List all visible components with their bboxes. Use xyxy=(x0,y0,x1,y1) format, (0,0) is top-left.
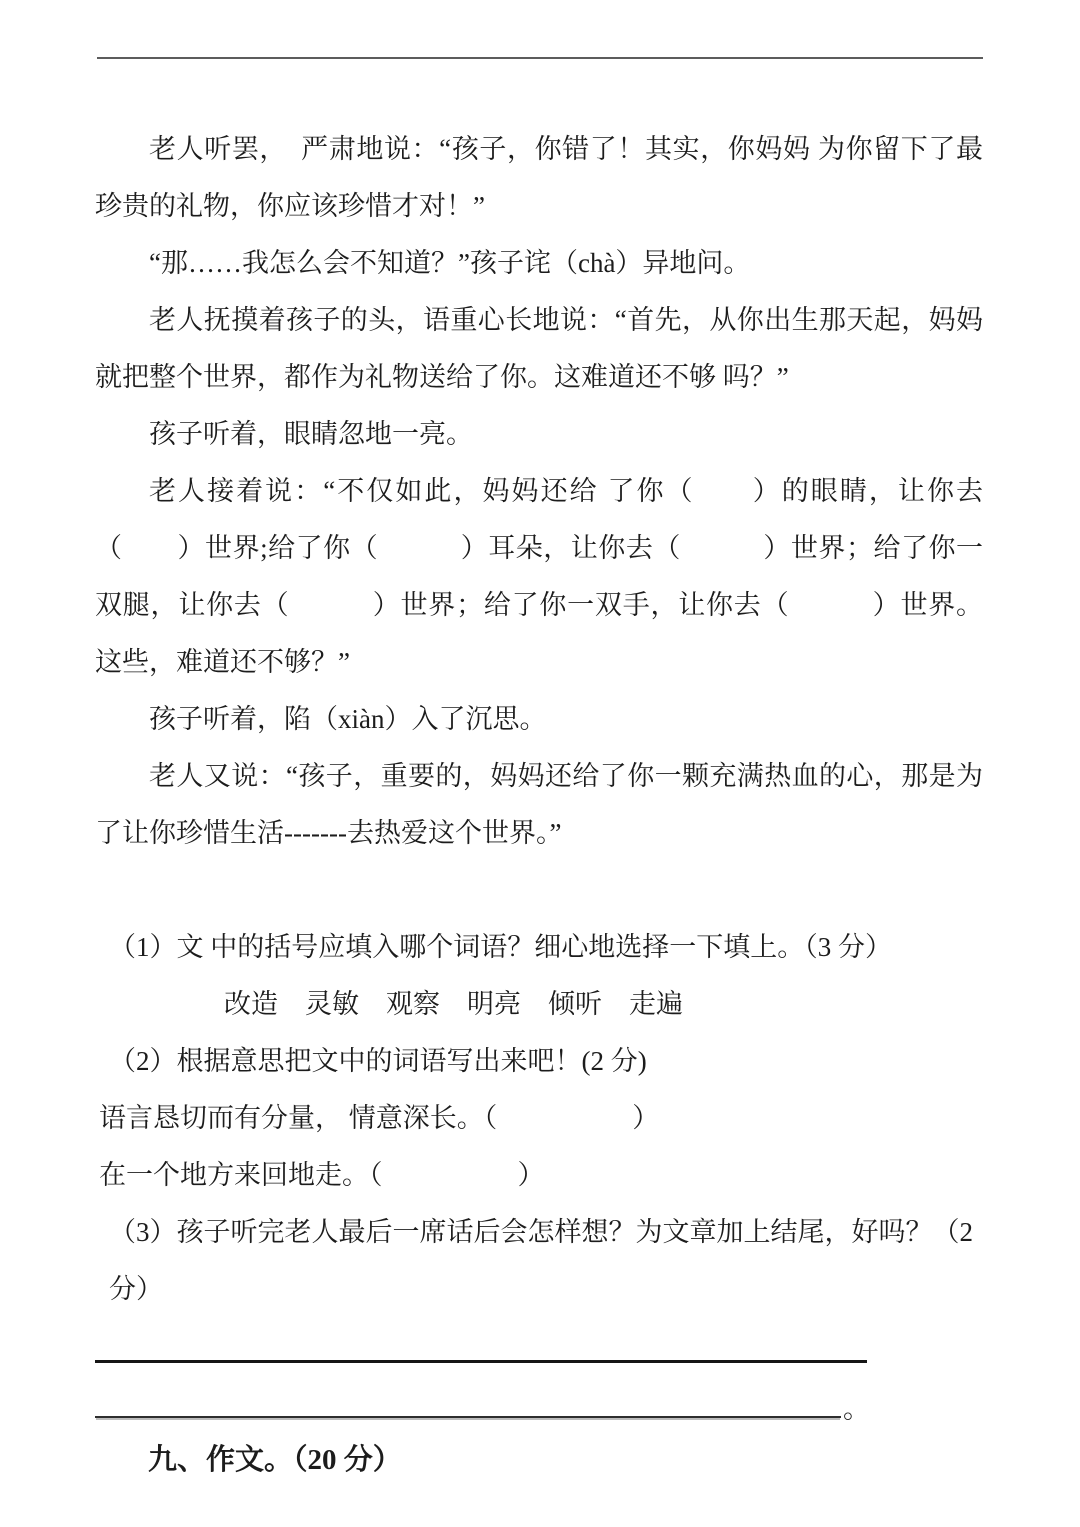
passage-paragraph: 老人接着说：“不仅如此，妈妈还给 了你（ ）的眼睛，让你去（ ）世界;给了你（ … xyxy=(95,463,983,691)
header-divider-rule xyxy=(97,57,983,59)
section-9-essay-title: 九、作文。（20 分） xyxy=(148,1432,983,1489)
test-paper-page: 老人听罢， 严肃地说：“孩子，你错了！其实，你妈妈 为你留下了最珍贵的礼物，你应… xyxy=(0,0,1080,1527)
question-1-label: （1）文 中的括号应填入哪个词语？细心地选择一下填上。（3 分） xyxy=(109,919,983,976)
answer-rule xyxy=(95,1375,841,1418)
passage-paragraph: 孩子听着，眼睛忽地一亮。 xyxy=(95,406,983,463)
page-content: 老人听罢， 严肃地说：“孩子，你错了！其实，你妈妈 为你留下了最珍贵的礼物，你应… xyxy=(95,121,983,1489)
answer-blank-line-1 xyxy=(95,1318,983,1375)
blank-line-spacer xyxy=(95,862,983,919)
passage-paragraph: 老人又说：“孩子，重要的，妈妈还给了你一颗充满热血的心，那是为了让你珍惜生活--… xyxy=(95,748,983,862)
passage-paragraph: 孩子听着，陷（xiàn）入了沉思。 xyxy=(95,691,983,748)
reading-passage: 老人听罢， 严肃地说：“孩子，你错了！其实，你妈妈 为你留下了最珍贵的礼物，你应… xyxy=(95,121,983,862)
passage-paragraph: “那……我怎么会不知道？”孩子诧（chà）异地问。 xyxy=(95,235,983,292)
question-2-label: （2）根据意思把文中的词语写出来吧！(2 分) xyxy=(109,1033,983,1090)
passage-paragraph: 老人听罢， 严肃地说：“孩子，你错了！其实，你妈妈 为你留下了最珍贵的礼物，你应… xyxy=(95,121,983,235)
answer-line-period: 。 xyxy=(843,1381,870,1438)
question-2-definition-item: 在一个地方来回地走。（ ） xyxy=(99,1147,983,1204)
question-1-word-bank: 改造 灵敏 观察 明亮 倾听 走遍 xyxy=(224,976,983,1033)
question-3-label: （3）孩子听完老人最后一席话后会怎样想？为文章加上结尾，好吗？（2 分） xyxy=(109,1204,983,1318)
answer-blank-line-2: 。 xyxy=(95,1375,983,1432)
question-2-definition-item: 语言恳切而有分量， 情意深长。（ ） xyxy=(99,1090,983,1147)
passage-paragraph: 老人抚摸着孩子的头，语重心长地说：“首先，从你出生那天起，妈妈就把整个世界，都作… xyxy=(95,292,983,406)
answer-rule xyxy=(95,1318,867,1363)
